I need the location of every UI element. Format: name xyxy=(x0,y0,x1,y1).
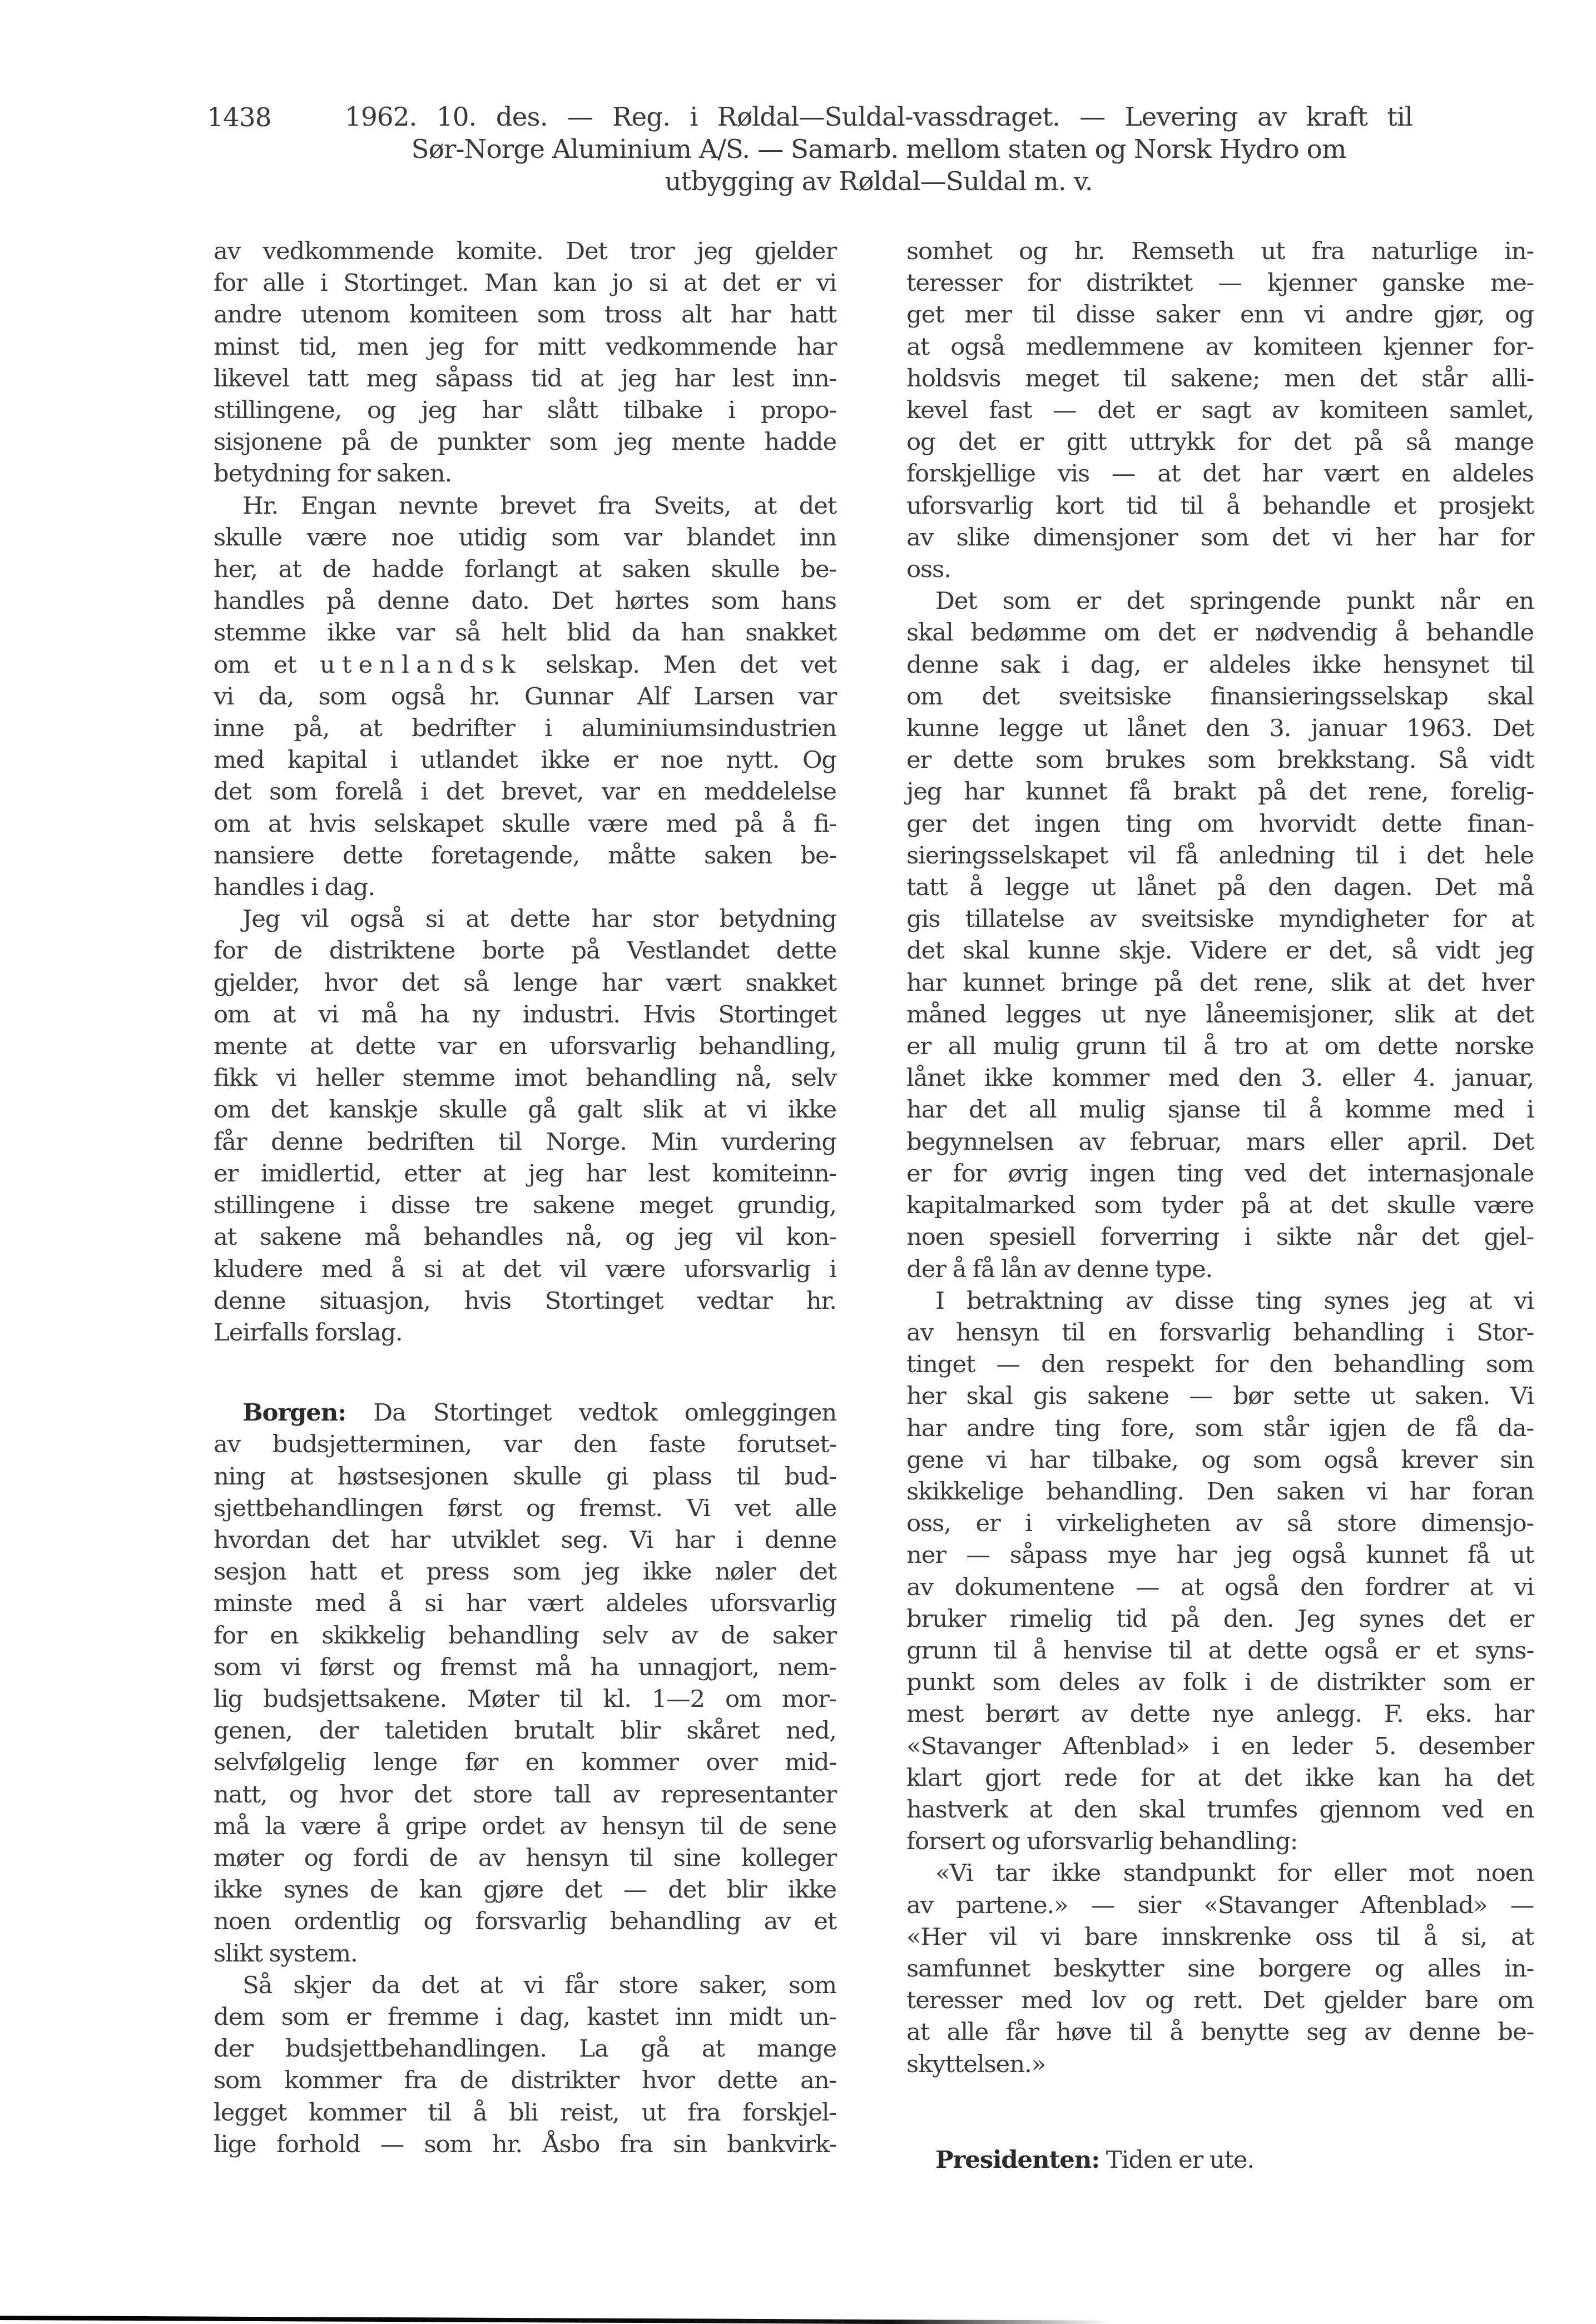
page-number: 1438 xyxy=(207,101,271,135)
text-line: med kapital i utlandet ikke er noe nytt.… xyxy=(214,744,836,776)
text-line: av slike dimensjoner som det vi her har … xyxy=(906,522,1534,554)
text-line: av partene.» — sier «Stavanger Aftenblad… xyxy=(906,1890,1534,1921)
text-line: natt, og hvor det store tall av represen… xyxy=(214,1779,836,1811)
text-line: tatt å legge ut lånet på den dagen. Det … xyxy=(906,872,1534,903)
text-line: er imidlertid, etter at jeg har lest kom… xyxy=(214,1158,836,1190)
text-line: at alle får høve til å benytte seg av de… xyxy=(906,2017,1534,2048)
text-line: at også medlemmene av komiteen kjenner f… xyxy=(906,331,1534,363)
text-line: er dette som brukes som brekkstang. Så v… xyxy=(906,744,1534,776)
left-column: av vedkommende komite. Det tror jeg gjel… xyxy=(214,236,836,2161)
text-line: får denne bedriften til Norge. Min vurde… xyxy=(214,1126,836,1158)
text-line: minste med å si har vært aldeles uforsva… xyxy=(214,1588,836,1620)
text-line: oss. xyxy=(906,554,1534,585)
paragraph: I betraktning av disse ting synes jeg at… xyxy=(906,1285,1534,1858)
text-line: ning at høstsesjonen skulle gi plass til… xyxy=(214,1461,836,1493)
text-line: selvfølgelig lenge før en kommer over mi… xyxy=(214,1747,836,1779)
text-line: legget kommer til å bli reist, ut fra fo… xyxy=(214,2097,836,2129)
text-line: get mer til disse saker enn vi andre gjø… xyxy=(906,299,1534,331)
text-line: kapitalmarked som tyder på at det skulle… xyxy=(906,1190,1534,1221)
text-line: gene vi har tilbake, og som også krever … xyxy=(906,1444,1534,1476)
text-line: somhet og hr. Remseth ut fra naturlige i… xyxy=(906,236,1534,267)
text-line: måned legges ut nye låneemisjoner, slik … xyxy=(906,999,1534,1031)
text-line: skyttelsen.» xyxy=(906,2049,1534,2080)
paragraph: Hr. Engan nevnte brevet fra Sveits, at d… xyxy=(214,490,836,904)
text-line: dem som er fremme i dag, kastet inn midt… xyxy=(214,2002,836,2033)
text-line: ger det ingen ting om hvorvidt dette fin… xyxy=(906,808,1534,840)
text-line: holdsvis meget til sakene; men det står … xyxy=(906,363,1534,395)
text-line: grunn til å henvise til at dette også er… xyxy=(906,1635,1534,1667)
text-line: gjelder, hvor det så lenge har vært snak… xyxy=(214,967,836,999)
text-line: uforsvarlig kort tid til å behandle et p… xyxy=(906,490,1534,522)
text-line: tinget — den respekt for den behandling … xyxy=(906,1349,1534,1381)
text-line: ikke synes de kan gjøre det — det blir i… xyxy=(214,1874,836,1906)
text-line: andre utenom komiteen som tross alt har … xyxy=(214,299,836,331)
text-line: begynnelsen av februar, mars eller april… xyxy=(906,1126,1534,1158)
text-line: «Vi tar ikke standpunkt for eller mot no… xyxy=(906,1858,1534,1889)
text-line: om at vi må ha ny industri. Hvis Stortin… xyxy=(214,999,836,1031)
text-line: skulle være noe utidig som var blandet i… xyxy=(214,522,836,554)
paragraph: Jeg vil også si at dette har stor betydn… xyxy=(214,903,836,1349)
text-line: for alle i Stortinget. Man kan jo si at … xyxy=(214,267,836,299)
text-line: her, at de hadde forlangt at saken skull… xyxy=(214,554,836,585)
text-line: «Stavanger Aftenblad» i en leder 5. dese… xyxy=(906,1731,1534,1762)
text-line: har kunnet bringe på det rene, slik at d… xyxy=(906,967,1534,999)
text-line: som vi først og fremst må ha unnagjort, … xyxy=(214,1652,836,1684)
scan-edge-rule xyxy=(0,2316,1112,2324)
text-line: må la være å gripe ordet av hensyn til d… xyxy=(214,1811,836,1843)
paragraph-continuation: somhet og hr. Remseth ut fra naturlige i… xyxy=(906,236,1534,585)
text-line: betydning for saken. xyxy=(214,458,836,490)
running-head-line-3: utbygging av Røldal—Suldal m. v. xyxy=(345,166,1412,198)
text-line: Presidenten: Tiden er ute. xyxy=(906,2144,1534,2176)
text-line: stillingene, og jeg har slått tilbake i … xyxy=(214,395,836,426)
text-line: sieringsselskapet vil få anledning til i… xyxy=(906,840,1534,872)
text-line: lige forhold — som hr. Åsbo fra sin bank… xyxy=(214,2129,836,2161)
text-line: skikkelige behandling. Den saken vi har … xyxy=(906,1476,1534,1508)
text-line: skal bedømme om det er nødvendig å behan… xyxy=(906,617,1534,649)
running-head: 1962. 10. des. — Reg. i Røldal—Suldal-va… xyxy=(345,101,1412,198)
paragraph: Det som er det springende punkt når en s… xyxy=(906,585,1534,1285)
text-line: noen ordentlig og forsvarlig behandling … xyxy=(214,1906,836,1938)
text-line: «Her vil vi bare innskrenke oss til å si… xyxy=(906,1921,1534,1953)
text-line: nansiere dette foretagende, måtte saken … xyxy=(214,840,836,872)
text-line: klart gjort rede for at det ikke kan ha … xyxy=(906,1762,1534,1794)
text-line: Så skjer da det at vi får store saker, s… xyxy=(214,1970,836,2002)
text-line: minst tid, men jeg for mitt vedkommende … xyxy=(214,331,836,363)
text-line: hastverk at den skal trumfes gjennom ved… xyxy=(906,1794,1534,1826)
text-line: har andre ting fore, som står igjen de f… xyxy=(906,1413,1534,1444)
text-line: stillingene i disse tre sakene meget gru… xyxy=(214,1190,836,1221)
text-line: og det er gitt uttrykk for det på så man… xyxy=(906,426,1534,458)
text-line: mest berørt av dette nye anlegg. F. eks.… xyxy=(906,1699,1534,1730)
text-line: jeg har kunnet få brakt på det rene, for… xyxy=(906,776,1534,808)
text-line: for en skikkelig behandling selv av de s… xyxy=(214,1620,836,1652)
text-line: at sakene må behandles nå, og jeg vil ko… xyxy=(214,1221,836,1253)
text-line: som kommer fra de distrikter hvor dette … xyxy=(214,2065,836,2097)
text-line: teresser med lov og rett. Det gjelder ba… xyxy=(906,1985,1534,2017)
text-line: lånet ikke kommer med den 3. eller 4. ja… xyxy=(906,1062,1534,1094)
text-line: teresser for distriktet — kjenner ganske… xyxy=(906,267,1534,299)
text-line: denne sak i dag, er aldeles ikke hensyne… xyxy=(906,649,1534,681)
text-line: samfunnet beskytter sine borgere og alle… xyxy=(906,1953,1534,1985)
text-line: punkt som deles av folk i de distrikter … xyxy=(906,1667,1534,1699)
text-line: kevel fast — det er sagt av komiteen sam… xyxy=(906,395,1534,426)
text-line: av budsjetterminen, var den faste foruts… xyxy=(214,1429,836,1461)
text-line: der budsjettbehandlingen. La gå at mange xyxy=(214,2033,836,2065)
text-line: likevel tatt meg såpass tid at jeg har l… xyxy=(214,363,836,395)
quotation: «Vi tar ikke standpunkt for eller mot no… xyxy=(906,1858,1534,2080)
text-line: I betraktning av disse ting synes jeg at… xyxy=(906,1285,1534,1317)
text-line: sjettbehandlingen først og fremst. Vi ve… xyxy=(214,1493,836,1524)
text-line: noen spesiell forverring i sikte når det… xyxy=(906,1221,1534,1253)
text-line: møter og fordi de av hensyn til sine kol… xyxy=(214,1843,836,1874)
text-line: oss, er i virkeligheten av så store dime… xyxy=(906,1508,1534,1540)
text-line: vi da, som også hr. Gunnar Alf Larsen va… xyxy=(214,681,836,713)
text-line: forskjellige vis — at det har vært en al… xyxy=(906,458,1534,490)
text-line: det som forelå i det brevet, var en medd… xyxy=(214,776,836,808)
text-line: bruker rimelig tid på den. Jeg synes det… xyxy=(906,1603,1534,1635)
text-line: det skal kunne skje. Videre er det, så v… xyxy=(906,935,1534,967)
text-line: om at hvis selskapet skulle være med på … xyxy=(214,808,836,840)
right-column: somhet og hr. Remseth ut fra naturlige i… xyxy=(906,236,1534,2176)
text-line: av vedkommende komite. Det tror jeg gjel… xyxy=(214,236,836,267)
text-line: handles på denne dato. Det hørtes som ha… xyxy=(214,585,836,617)
text-line: handles i dag. xyxy=(214,872,836,903)
text-line: sisjonene på de punkter som jeg mente ha… xyxy=(214,426,836,458)
text-line: inne på, at bedrifter i aluminiumsindust… xyxy=(214,713,836,744)
text-line: Borgen: Da Stortinget vedtok omleggingen xyxy=(214,1397,836,1429)
text-line: forsert og uforsvarlig behandling: xyxy=(906,1826,1534,1858)
text-line: sesjon hatt et press som jeg ikke nøler … xyxy=(214,1556,836,1588)
text-line: Det som er det springende punkt når en xyxy=(906,585,1534,617)
text-line: gis tillatelse av sveitsiske myndigheter… xyxy=(906,903,1534,935)
text-line: Leirfalls forslag. xyxy=(214,1317,836,1349)
text-line-spaced: om et utenlandsk selskap. Men det vet xyxy=(214,649,836,681)
running-head-line-2: Sør-Norge Aluminium A/S. — Samarb. mello… xyxy=(345,133,1412,166)
text-line: er all mulig grunn til å tro at om dette… xyxy=(906,1031,1534,1062)
text-line: lig budsjettsakene. Møter til kl. 1—2 om… xyxy=(214,1684,836,1715)
text-line: kunne legge ut lånet den 3. januar 1963.… xyxy=(906,713,1534,744)
speech-borgen: Borgen: Da Stortinget vedtok omleggingen… xyxy=(214,1397,836,2161)
text-line: Jeg vil også si at dette har stor betydn… xyxy=(214,903,836,935)
text-line: stemme ikke var så helt blid da han snak… xyxy=(214,617,836,649)
text-line: har det all mulig sjanse til å komme med… xyxy=(906,1094,1534,1126)
text-line: ner — såpass mye har jeg også kunnet få … xyxy=(906,1540,1534,1571)
speech-presidenten: Presidenten: Tiden er ute. xyxy=(906,2144,1534,2176)
speaker-name: Borgen: xyxy=(242,1398,346,1427)
text-line: av hensyn til en forsvarlig behandling i… xyxy=(906,1317,1534,1349)
text-line: mente at dette var en uforsvarlig behand… xyxy=(214,1031,836,1062)
text-line: for de distriktene borte på Vestlandet d… xyxy=(214,935,836,967)
text-line: om det kanskje skulle gå galt slik at vi… xyxy=(214,1094,836,1126)
text-line: slikt system. xyxy=(214,1938,836,1970)
text-line: av dokumentene — at også den fordrer at … xyxy=(906,1572,1534,1603)
emphasized-word: utenlandsk xyxy=(320,651,522,679)
text-line: der å få lån av denne type. xyxy=(906,1254,1534,1285)
running-head-line-1: 1962. 10. des. — Reg. i Røldal—Suldal-va… xyxy=(345,101,1412,133)
text-line: denne situasjon, hvis Stortinget vedtar … xyxy=(214,1285,836,1317)
speaker-name: Presidenten: xyxy=(935,2146,1099,2174)
text-line: om det sveitsiske finansieringsselskap s… xyxy=(906,681,1534,713)
text-line: hvordan det har utviklet seg. Vi har i d… xyxy=(214,1524,836,1556)
text-line: Hr. Engan nevnte brevet fra Sveits, at d… xyxy=(214,490,836,522)
paragraph-continuation: av vedkommende komite. Det tror jeg gjel… xyxy=(214,236,836,490)
text-line: genen, der taletiden brutalt blir skåret… xyxy=(214,1715,836,1747)
text-line: kludere med å si at det vil være uforsva… xyxy=(214,1254,836,1285)
text-line: er for øvrig ingen ting ved det internas… xyxy=(906,1158,1534,1190)
text-line: her skal gis sakene — bør sette ut saken… xyxy=(906,1381,1534,1412)
text-line: fikk vi heller stemme imot behandling nå… xyxy=(214,1062,836,1094)
